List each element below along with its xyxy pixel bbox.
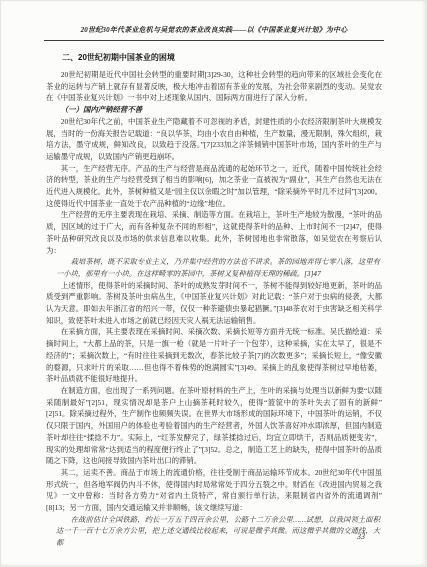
paragraph-transport: 其二，运卖不善。商品于市场上的流通价格，往往受制于商品运输环节成本。20世纪30… [46, 467, 382, 514]
paragraph-pests: 上述情形，使得茶叶的采摘时间、茶叶的成熟发芽时间不一，茶树不能得到较好地更新，茶… [46, 280, 382, 327]
running-header: 20世纪30年代茶业危机与吴觉农的茶业改良实践——以《中国茶业复兴计划》为中心 [46, 25, 382, 35]
paragraph-intro: 20世纪初期是近代中国社会转型的重要时期[3]29-30，这种社会转型的趋向带来… [46, 69, 382, 104]
document-page: 20世纪30年代茶业危机与吴觉农的茶业改良实践——以《中国茶业复兴计划》为中心 … [0, 0, 427, 567]
section-heading: 二、20世纪初期中国茶业的困境 [46, 52, 382, 63]
paragraph-cultivation: 生产经营的无序主要表现在栽培、采摘、制造等方面。在栽培上，茶叶生产地较为散漫，“… [46, 209, 382, 256]
subsection-heading: （一）国内产销经营不善 [46, 104, 382, 116]
paragraph-production-disorder: 其一，生产经营无序。产品的生产与经营是商品流通的起始环节之一，近代，随着中国传统… [46, 163, 382, 210]
block-quote-railways: 在战前估计全国铁路，约长一万五千四百余公里，公路十二万余公里……试想，以我国领土… [46, 514, 382, 549]
paragraph-picking: 在采摘方面，其主要表现在采摘时间、采摘次数、采摘长短等方面并无统一标准。吴氏描绘… [46, 326, 382, 385]
block-quote-tea-garden: 栽培茶树，既不采取专业主义，乃并集中经营的方法也不讲求。茶的园地弄得七零八落，这… [46, 256, 382, 279]
page-number: 33 [357, 532, 365, 541]
paragraph-manufacturing: 在制造方面，也出现了一系列问题。在茶叶原材料的生产上，生叶的采摘与处理当以新鲜为… [46, 385, 382, 467]
header-rule [44, 40, 384, 41]
paragraph-customs-report: 20世纪30年代之前，中国茶业生产隐藏着不可忽视的矛盾，封建性质的小农经济限制茶… [46, 116, 382, 163]
